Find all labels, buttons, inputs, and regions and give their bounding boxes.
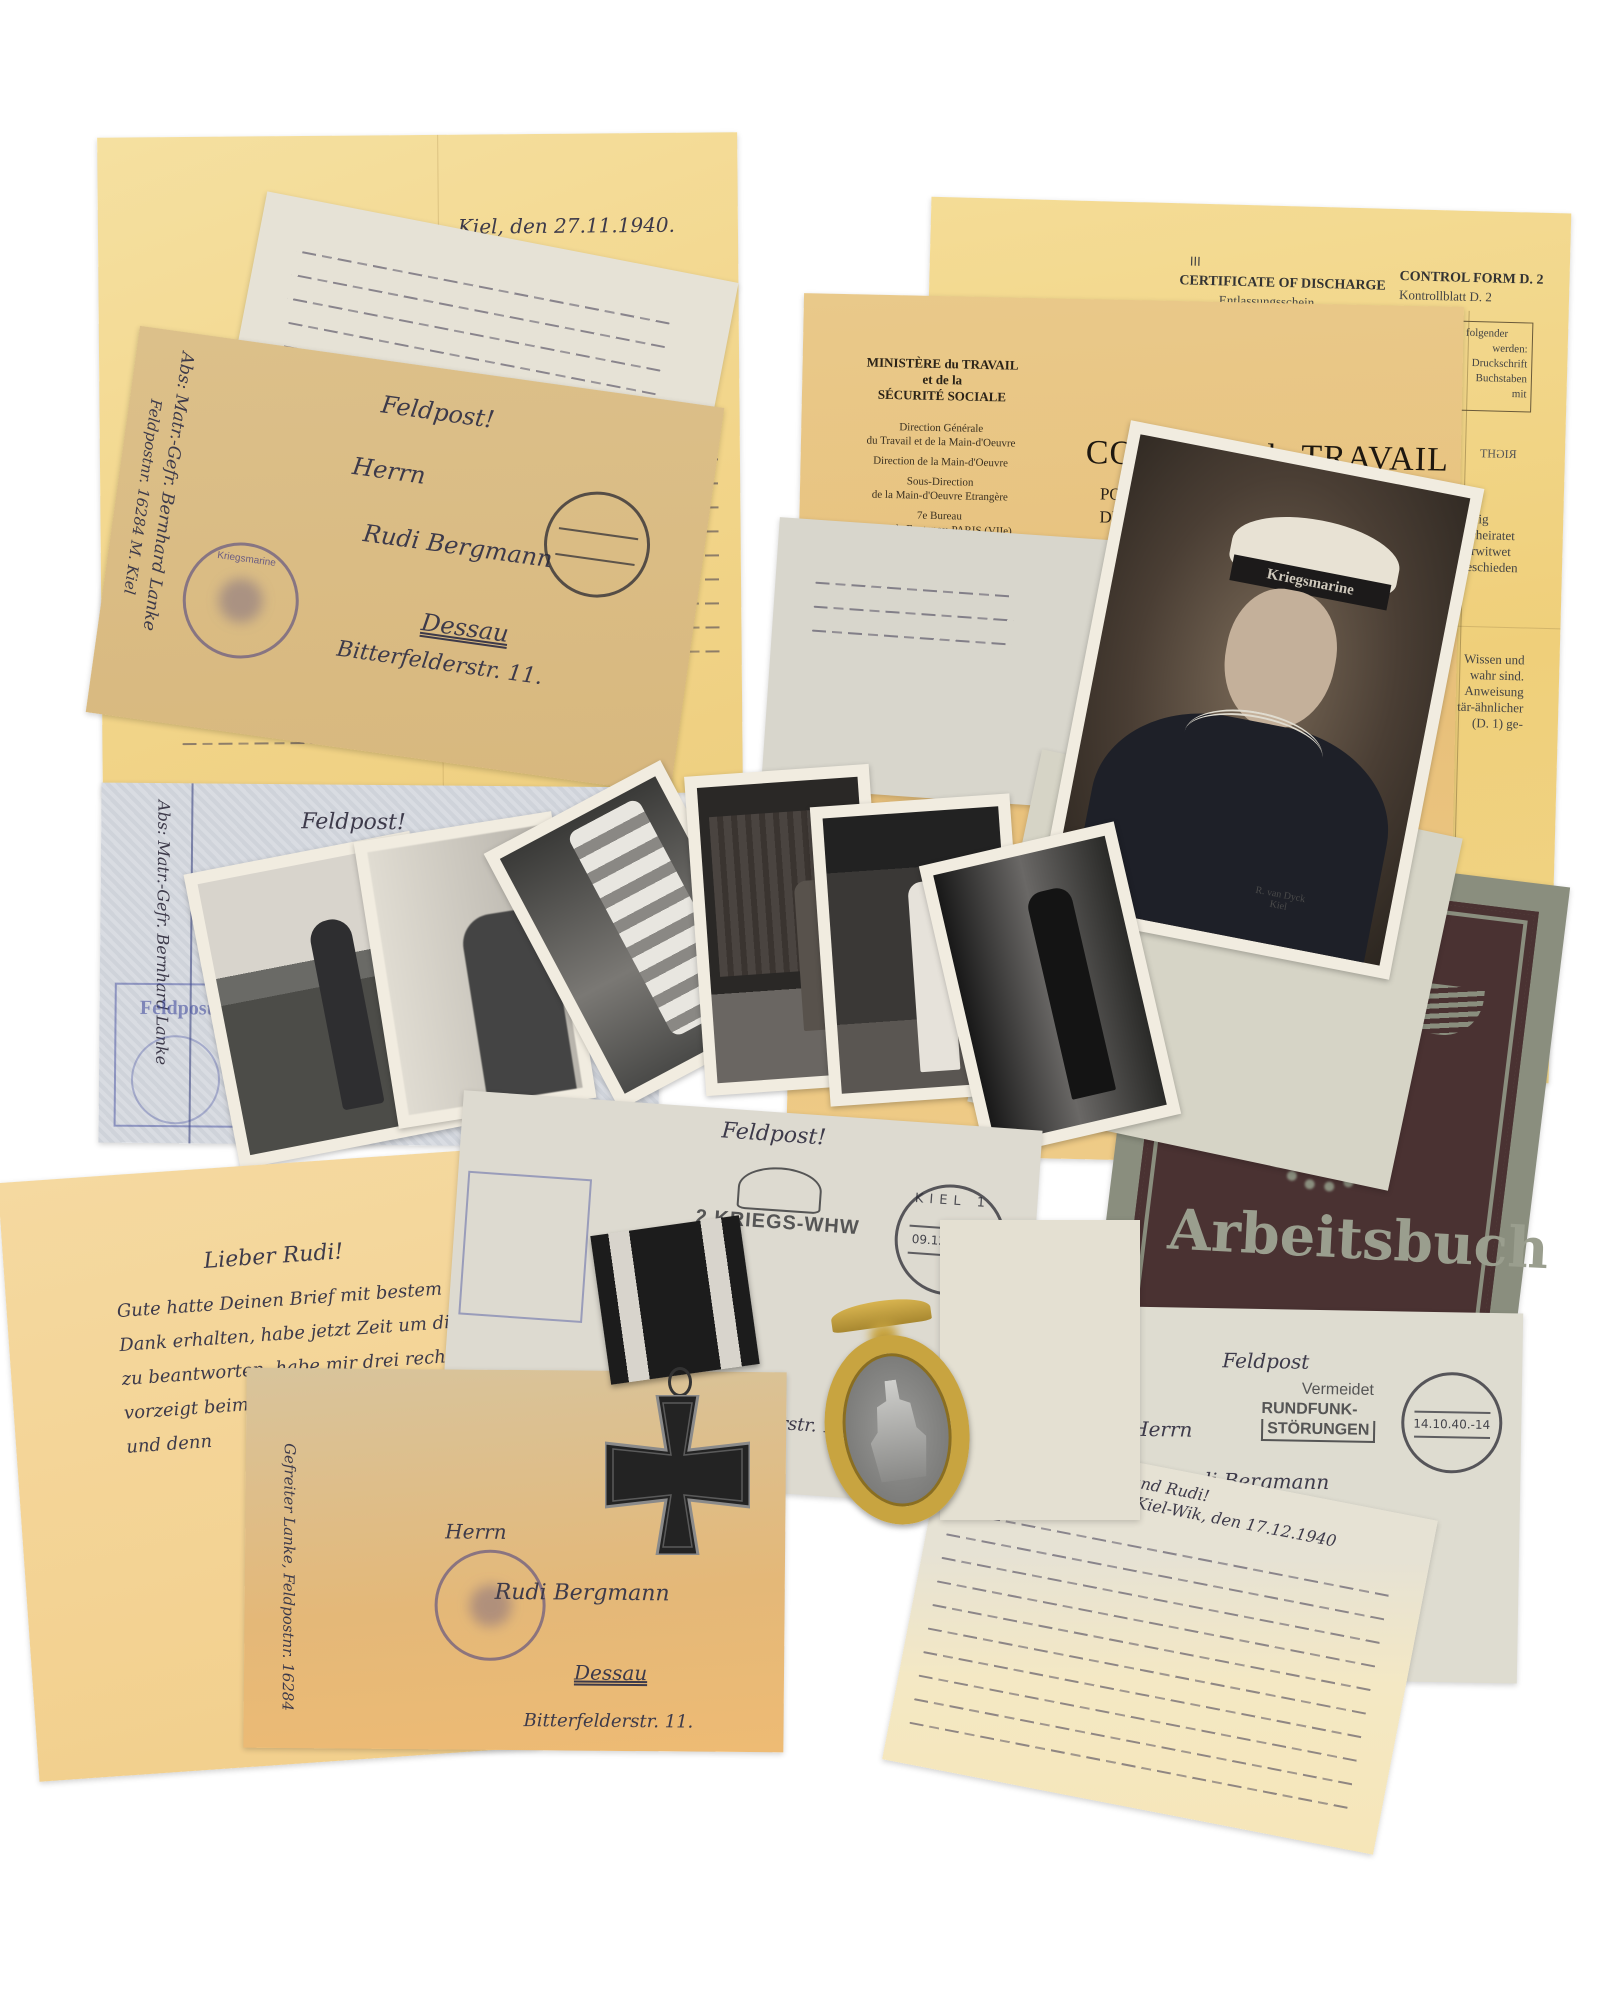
cross-shape	[605, 1395, 750, 1555]
address-city: Dessau	[420, 608, 511, 648]
postmark-band	[555, 527, 638, 566]
address-street: Bitterfelderstr. 11.	[335, 637, 544, 691]
envelope-heading: Feldpost!	[301, 809, 406, 835]
postmark	[537, 485, 657, 605]
slogan-line: RUNDFUNK-	[1261, 1399, 1376, 1421]
handwriting	[810, 560, 1016, 668]
seal-label: Kriegsmarine	[191, 546, 301, 572]
footer-line: wahr sind.	[1454, 667, 1524, 685]
control-form-de: Kontrollblatt D. 2	[1399, 287, 1492, 305]
envelope-feldpost-1: Feldpost! Herrn Rudi Bergmann Dessau Bit…	[86, 326, 725, 794]
unit-seal	[434, 1549, 546, 1661]
footer-line: (D. 1) ge-	[1453, 715, 1523, 733]
address-street: Bitterfelderstr. 11.	[524, 1710, 694, 1732]
footer-line: Wissen und	[1454, 651, 1524, 669]
address-city: Dessau	[574, 1661, 647, 1686]
iron-cross-icon	[605, 1395, 750, 1555]
footer-line: tär-ähnlicher	[1453, 699, 1523, 717]
discharge-roman: III	[1190, 254, 1201, 269]
control-form-title: CONTROL FORM D. 2	[1399, 269, 1543, 289]
footer-line: Anweisung	[1454, 683, 1524, 701]
discharge-footer: Wissen und wahr sind. Anweisung tär-ähnl…	[1453, 651, 1525, 733]
ministry-line: SÉCURITÉ SOCIALE	[832, 386, 1052, 407]
envelope-heading: Feldpost!	[721, 1118, 827, 1150]
envelope-heading: Feldpost	[1222, 1348, 1309, 1374]
rundfunk-slogan: Vermeidet RUNDFUNK- STÖRUNGEN	[1261, 1379, 1376, 1443]
medal-ribbon	[590, 1215, 759, 1384]
letter-salutation: Lieber Rudi!	[203, 1239, 344, 1274]
helmet-wreath-mark	[736, 1165, 823, 1215]
address-salutation: Herrn	[1131, 1417, 1193, 1442]
feldpost-heading: Feldpost!	[380, 390, 497, 434]
address-salutation: Herrn	[445, 1519, 506, 1544]
fleet-war-badge	[800, 1290, 990, 1540]
address-salutation: Herrn	[351, 452, 428, 490]
address-name: Rudi Bergmann	[361, 519, 554, 573]
dept-line: Direction de la Main-d'Oeuvre	[820, 453, 1060, 472]
iron-cross-medal	[590, 1225, 770, 1625]
slogan-line: STÖRUNGEN	[1261, 1419, 1376, 1443]
unit-seal: Kriegsmarine	[175, 535, 306, 666]
seal-emblem-blurred	[216, 576, 266, 626]
discharge-title: CERTIFICATE OF DISCHARGE	[1179, 273, 1386, 294]
postmark-date: 14.10.40.-14	[1414, 1411, 1490, 1439]
ministry-header: MINISTÈRE du TRAVAIL et de la SÉCURITÉ S…	[832, 354, 1053, 407]
seal-ring	[131, 1035, 221, 1125]
slogan-line: Vermeidet	[1262, 1379, 1377, 1401]
arbeitsbuch-title: Arbeitsbuch	[1166, 1196, 1550, 1282]
envelope-sender: Gefreiter Lanke, Feldpostnr. 16284	[279, 1443, 299, 1711]
feldpost-stamp-box	[458, 1171, 592, 1323]
postmark: 14.10.40.-14	[1400, 1371, 1503, 1474]
medal-ring	[668, 1367, 692, 1397]
postmark-city: KIEL 1	[900, 1190, 1006, 1212]
right-label: RIGHT	[1480, 446, 1517, 462]
figure	[1025, 885, 1116, 1100]
